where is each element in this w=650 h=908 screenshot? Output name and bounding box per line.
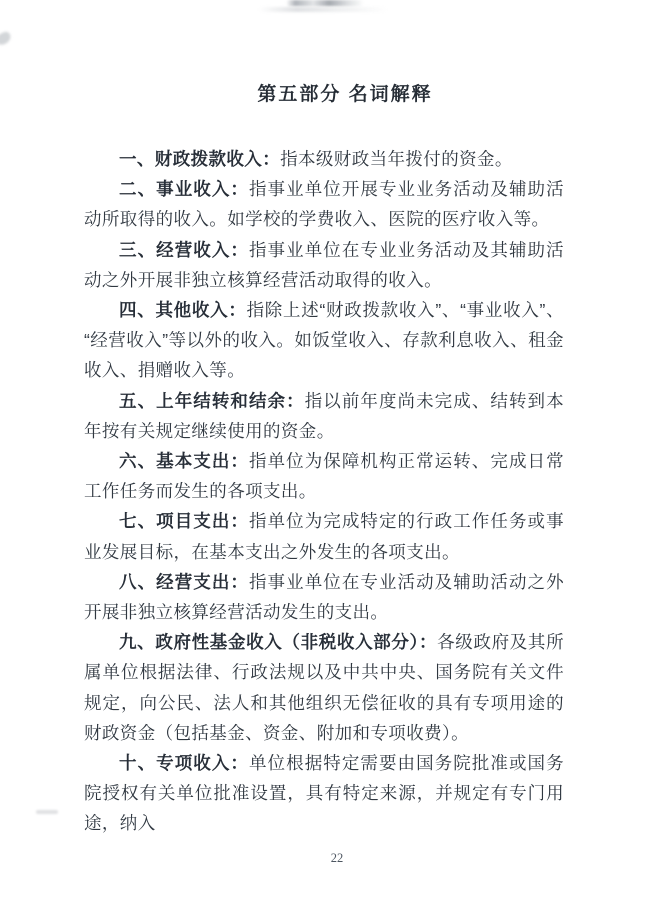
- term-label: 七、项目支出：: [119, 511, 249, 531]
- definition-paragraph: 八、经营支出：指事业单位在专业活动及辅助活动之外开展非独立核算经营活动发生的支出…: [84, 567, 564, 627]
- definition-paragraph: 二、事业收入：指事业单位开展专业业务活动及辅助活动所取得的收入。如学校的学费收入…: [84, 174, 564, 234]
- term-label: 二、事业收入：: [119, 179, 249, 199]
- definition-paragraph: 六、基本支出：指单位为保障机构正常运转、完成日常工作任务而发生的各项支出。: [84, 446, 564, 506]
- term-label: 十、专项收入：: [119, 753, 249, 773]
- term-label: 三、经营收入：: [119, 240, 249, 260]
- term-definition: 指本级财政当年拨付的资金。: [280, 149, 513, 169]
- page-number: 22: [12, 851, 650, 866]
- term-label: 八、经营支出：: [119, 572, 249, 592]
- definition-paragraph: 七、项目支出：指单位为完成特定的行政工作任务或事业发展目标，在基本支出之外发生的…: [84, 506, 564, 566]
- page-title: 第五部分 名词解释: [0, 0, 650, 108]
- term-label: 一、财政拨款收入：: [119, 149, 280, 169]
- term-label: 九、政府性基金收入（非税收入部分）：: [119, 632, 437, 652]
- definition-paragraph: 九、政府性基金收入（非税收入部分）：各级政府及其所属单位根据法律、行政法规以及中…: [84, 627, 564, 748]
- definition-paragraph: 十、专项收入：单位根据特定需要由国务院批准或国务院授权有关单位批准设置，具有特定…: [84, 748, 564, 839]
- definition-paragraph: 五、上年结转和结余：指以前年度尚未完成、结转到本年按有关规定继续使用的资金。: [84, 386, 564, 446]
- term-label: 六、基本支出：: [119, 451, 249, 471]
- scan-smudge-footer: [36, 810, 58, 814]
- document-page: 第五部分 名词解释 一、财政拨款收入：指本级财政当年拨付的资金。 二、事业收入：…: [0, 0, 650, 908]
- document-body: 一、财政拨款收入：指本级财政当年拨付的资金。 二、事业收入：指事业单位开展专业业…: [84, 144, 564, 839]
- term-label: 五、上年结转和结余：: [119, 391, 305, 411]
- definition-paragraph: 三、经营收入：指事业单位在专业业务活动及其辅助活动之外开展非独立核算经营活动取得…: [84, 235, 564, 295]
- definition-paragraph: 四、其他收入：指除上述“财政拨款收入”、“事业收入”、“经营收入”等以外的收入。…: [84, 295, 564, 386]
- definition-paragraph: 一、财政拨款收入：指本级财政当年拨付的资金。: [84, 144, 564, 174]
- term-label: 四、其他收入：: [119, 300, 247, 320]
